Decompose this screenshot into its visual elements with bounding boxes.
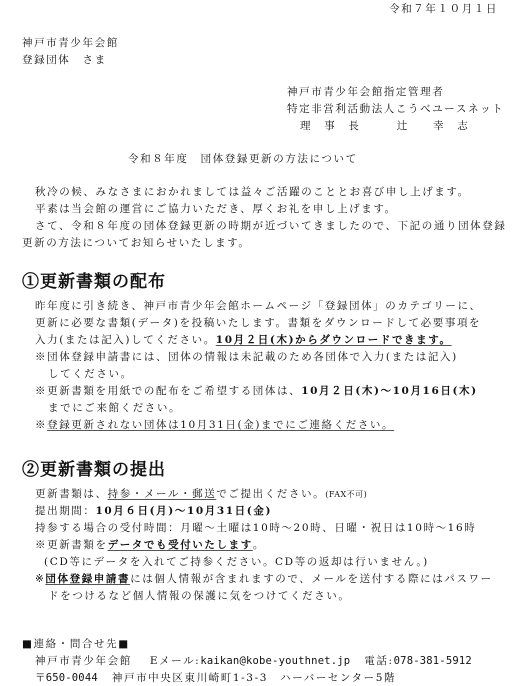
section-1-heading: ①更新書類の配布 [22,271,166,293]
contact-email[interactable]: kaikan@kobe-youthnet.jp [200,655,350,667]
contact-details: 神戸市青少年会館Eメール:kaikan@kobe-youthnet.jp電話:0… [35,654,472,668]
section-2-note-1-post: 。 [253,539,265,551]
section-1-note-2: ※更新書類を用紙での配布をご希望する団体は、10月２日(木)～10月16日(木) [35,384,478,398]
section-1-note-2-text: ※更新書類を用紙での配布をご希望する団体は、 [35,385,301,397]
document-title: 令和８年度 団体登録更新の方法について [128,152,358,166]
section-1-line-3: 入力(または記入)してください。10月２日(木)からダウンロードできます。 [35,333,452,347]
intro-paragraph-3-cont: 更新の方法についてお知らせいたします。 [22,236,251,250]
section-1-note-1: ※団体登録申請書には、団体の情報は未記載のため各団体で入力(または記入) [35,350,458,364]
fax-not-accepted-note: (FAX不可) [325,490,367,499]
data-accepted-notice: データでも受付いたします [108,539,253,551]
section-2-note-2-text: には個人情報が含まれますので、メールを送付する際にはパスワー [130,573,493,585]
contact-address: 〒650-0044神戸市中央区東川崎町1-3-3 ハーバーセンター5階 [35,671,396,685]
contact-name: 神戸市青少年会館 [35,655,132,667]
submission-methods: 持参・メール・郵送 [108,488,217,500]
paper-distribution-period: 10月２日(木)～10月16日(木) [301,385,478,397]
intro-paragraph-1: 秋冷の候、みなさまにおかれましては益々ご活躍のこととお喜び申し上げます。 [35,185,470,199]
section-2-note-1-text: ※更新書類を [35,539,108,551]
non-renewal-contact-notice: 登録更新されない団体は10月31日(金)までにご連絡ください。 [47,419,394,431]
section-1-line-1: 昨年度に引き続き、神戸市青少年会館ホームページ「登録団体」のカテゴリーに、 [35,299,482,313]
email-label: Eメール: [150,655,201,667]
intro-paragraph-2: 平素は当会館の運営にご協力いただき、厚くお礼を申し上げます。 [35,202,397,216]
note-mark: ※ [35,573,45,585]
sender-role: 神戸市青少年会館指定管理者 [287,85,444,99]
sender-representative: 理 事 長 辻 幸 志 [300,119,469,133]
postal-code: 〒650-0044 [35,672,98,684]
section-2-line-1-post: でご提出ください。 [216,488,325,500]
section-2-note-1-cont: (CD等にデータを入れてご持参ください。CD等の返却は行いません。) [44,555,429,569]
document-date: 令和７年１０月１日 [389,2,498,16]
section-2-note-2: ※団体登録申請書には個人情報が含まれますので、メールを送付する際にはパスワー [35,572,493,586]
section-1-note-1-cont: してください。 [48,367,133,381]
submission-period-value: 10月６日(月)～10月31日(金) [96,505,273,517]
submission-period-label: 提出期間： [35,505,96,517]
section-2-line-1: 更新書類は、持参・メール・郵送でご提出ください。(FAX不可) [35,487,367,502]
sender-organization: 特定非営利活動法人こうべユースネット [287,102,504,116]
download-date-notice: 10月２日(木)からダウンロードできます。 [216,334,452,346]
intro-paragraph-3: さて、令和８年度の団体登録更新の時期が近づいてきましたので、下記の通り団体登録 [35,219,506,233]
application-form-reference: 団体登録申請書 [45,573,130,585]
section-2-heading: ②更新書類の提出 [22,459,166,481]
section-2-note-2-cont: ドをつけるなど個人情報の保護に気をつけてください。 [48,589,351,603]
recipient-addressee: 登録団体 さま [22,53,107,67]
reception-hours: 持参する場合の受付時間：月曜～土曜は10時～20時、日曜・祝日は10時～16時 [35,521,476,535]
section-2-note-1: ※更新書類をデータでも受付いたします。 [35,538,265,552]
section-2-line-1-text: 更新書類は、 [35,488,108,500]
contact-heading: ■連絡・問合せ先■ [22,637,130,651]
section-1-line-2: 更新に必要な書類(データ)を投稿いたします。書類をダウンロードして必要事項を [35,316,481,330]
submission-period: 提出期間：10月６日(月)～10月31日(金) [35,504,272,518]
section-1-line-3-text: 入力(または記入)してください。 [35,334,216,346]
section-1-note-3: ※登録更新されない団体は10月31日(金)までにご連絡ください。 [35,418,394,432]
contact-phone: 078-381-5912 [394,655,472,667]
street-address: 神戸市中央区東川崎町1-3-3 ハーバーセンター5階 [112,672,396,684]
recipient-organization: 神戸市青少年会館 [22,36,119,50]
phone-label: 電話: [364,655,393,667]
note-mark: ※ [35,419,47,431]
section-1-note-2-cont: までにご来館ください。 [48,401,181,415]
